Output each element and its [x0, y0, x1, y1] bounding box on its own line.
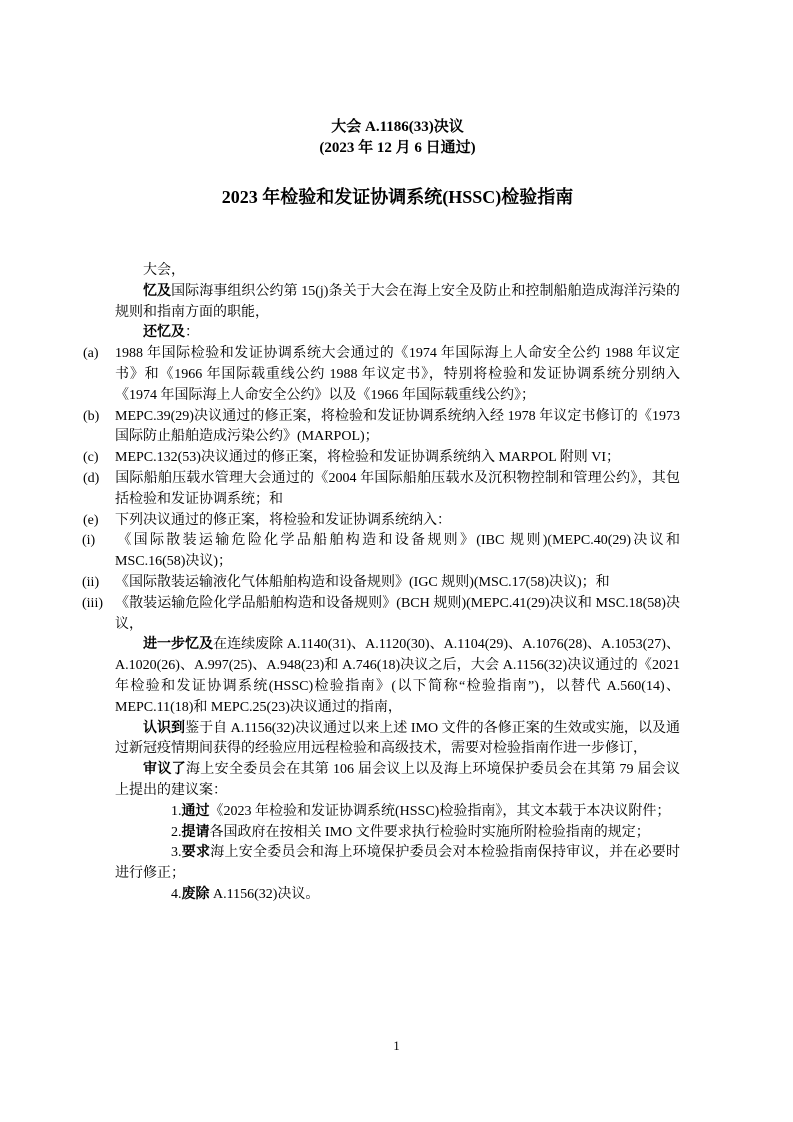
document-title: 2023 年检验和发证协调系统(HSSC)检验指南: [115, 185, 680, 209]
salutation: 大会，: [115, 261, 680, 282]
paragraph-text: 海上安全委员会在其第 106 届会议上以及海上环境保护委员会在其第 79 届会议…: [115, 762, 680, 798]
list-item-a: (a)1988 年国际检验和发证协调系统大会通过的《1974 年国际海上人命安全…: [115, 344, 680, 406]
sub-item-iii: (iii)《散装运输危险化学品船舶构造和设备规则》(BCH 规则)(MEPC.4…: [115, 594, 680, 636]
sub-item-ii: (ii)《国际散装运输液化气体船舶构造和设备规则》(IGC 规则)(MSC.17…: [115, 573, 680, 594]
clause-number: 3.: [143, 843, 182, 864]
document-page: 大会 A.1186(33)决议 (2023 年 12 月 6 日通过) 2023…: [0, 0, 793, 1122]
operative-clause-4: 4.废除 A.1156(32)决议。: [115, 885, 680, 906]
paragraph-recalling: 忆及国际海事组织公约第 15(j)条关于大会在海上安全及防止和控制船舶造成海洋污…: [115, 282, 680, 324]
list-item-label: (e): [83, 511, 115, 532]
lead-word: 忆及: [143, 284, 171, 299]
paragraph-further-recalling: 进一步忆及在连续废除 A.1140(31)、A.1120(30)、A.1104(…: [115, 635, 680, 718]
sub-item-i: (i)《国际散装运输危险化学品船舶构造和设备规则》(IBC 规则)(MEPC.4…: [115, 531, 680, 573]
document-body: 大会， 忆及国际海事组织公约第 15(j)条关于大会在海上安全及防止和控制船舶造…: [115, 261, 680, 906]
list-item-c: (c)MEPC.132(53)决议通过的修正案，将检验和发证协调系统纳入 MAR…: [115, 448, 680, 469]
list-item-label: (a): [83, 344, 115, 365]
list-item-b: (b)MEPC.39(29)决议通过的修正案，将检验和发证协调系统纳入经 197…: [115, 407, 680, 449]
sub-item-label: (i): [82, 531, 115, 552]
sub-item-text: 《国际散装运输危险化学品船舶构造和设备规则》(IBC 规则)(MEPC.40(2…: [115, 533, 680, 569]
page-number: 1: [0, 1038, 793, 1054]
list-item-text: 国际船舶压载水管理大会通过的《2004 年国际船舶压载水及沉积物控制和管理公约》…: [115, 471, 680, 507]
paragraph-text: 国际海事组织公约第 15(j)条关于大会在海上安全及防止和控制船舶造成海洋污染的…: [115, 284, 680, 320]
lead-word: 进一步忆及: [143, 637, 213, 652]
list-item-e: (e)下列决议通过的修正案，将检验和发证协调系统纳入：: [115, 511, 680, 532]
clause-text: A.1156(32)决议。: [210, 887, 320, 902]
lead-word: 要求: [182, 845, 211, 860]
clause-number: 1.: [143, 802, 182, 823]
list-item-label: (b): [83, 407, 115, 428]
list-item-text: 下列决议通过的修正案，将检验和发证协调系统纳入：: [115, 513, 451, 528]
resolution-number: 大会 A.1186(33)决议: [115, 117, 680, 138]
list-item-label: (d): [83, 469, 115, 490]
operative-clause-1: 1.通过《2023 年检验和发证协调系统(HSSC)检验指南》，其文本载于本决议…: [115, 802, 680, 823]
list-item-d: (d)国际船舶压载水管理大会通过的《2004 年国际船舶压载水及沉积物控制和管理…: [115, 469, 680, 511]
clause-text: 各国政府在按相关 IMO 文件要求执行检验时实施所附检验指南的规定；: [210, 825, 650, 840]
lead-word: 还忆及: [143, 325, 185, 340]
sub-item-text: 《国际散装运输液化气体船舶构造和设备规则》(IGC 规则)(MSC.17(58)…: [115, 575, 610, 590]
lead-word: 废除: [182, 887, 210, 902]
clause-number: 2.: [143, 823, 182, 844]
sub-item-text: 《散装运输危险化学品船舶构造和设备规则》(BCH 规则)(MEPC.41(29)…: [115, 596, 680, 632]
lead-word: 通过: [182, 804, 210, 819]
paragraph-having-considered: 审议了海上安全委员会在其第 106 届会议上以及海上环境保护委员会在其第 79 …: [115, 760, 680, 802]
paragraph-text: 鉴于自 A.1156(32)决议通过以来上述 IMO 文件的各修正案的生效或实施…: [115, 721, 680, 757]
salutation-text: 大会，: [143, 263, 185, 278]
operative-clause-3: 3.要求海上安全委员会和海上环境保护委员会对本检验指南保持审议，并在必要时进行修…: [115, 843, 680, 885]
clause-text: 《2023 年检验和发证协调系统(HSSC)检验指南》，其文本载于本决议附件；: [210, 804, 671, 819]
list-item-text: MEPC.39(29)决议通过的修正案，将检验和发证协调系统纳入经 1978 年…: [115, 409, 680, 445]
list-item-label: (c): [83, 448, 115, 469]
sub-item-label: (ii): [82, 573, 115, 594]
document-header: 大会 A.1186(33)决议 (2023 年 12 月 6 日通过): [115, 117, 680, 159]
lead-word: 提请: [182, 825, 210, 840]
list-item-text: MEPC.132(53)决议通过的修正案，将检验和发证协调系统纳入 MARPOL…: [115, 450, 620, 465]
sub-item-label: (iii): [82, 594, 115, 615]
clause-number: 4.: [143, 885, 182, 906]
adoption-date: (2023 年 12 月 6 日通过): [115, 138, 680, 159]
list-item-text: 1988 年国际检验和发证协调系统大会通过的《1974 年国际海上人命安全公约 …: [115, 346, 680, 403]
lead-word: 审议了: [143, 762, 186, 777]
operative-clause-2: 2.提请各国政府在按相关 IMO 文件要求执行检验时实施所附检验指南的规定；: [115, 823, 680, 844]
paragraph-text: ：: [185, 325, 199, 340]
paragraph-recalling-also: 还忆及：: [115, 323, 680, 344]
lead-word: 认识到: [143, 721, 185, 736]
paragraph-recognizing: 认识到鉴于自 A.1156(32)决议通过以来上述 IMO 文件的各修正案的生效…: [115, 719, 680, 761]
